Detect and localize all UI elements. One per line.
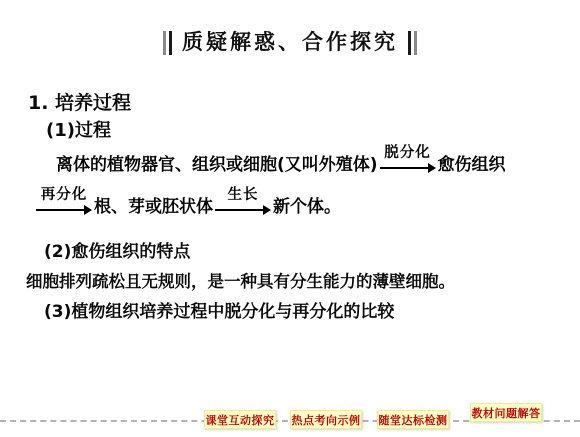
right-arrow-icon — [380, 163, 436, 174]
flow-segment-new-individual: 新个体。 — [273, 198, 341, 218]
slide: 质疑解惑、合作探究 1. 培养过程 (1)过程 离体的植物器官、组织或细胞(又叫… — [0, 0, 580, 437]
flow-segment-explant: 离体的植物器官、组织或细胞(又叫外殖体) — [56, 156, 378, 176]
flow-diagram-line2: 再分化 根、芽或胚状体 生长 新个体。 — [34, 188, 341, 218]
nav-button-classroom-exploration[interactable]: 课堂互动探究 — [204, 410, 276, 429]
flow-segment-organs: 根、芽或胚状体 — [94, 198, 213, 218]
flow-arrow-redifferentiation: 再分化 — [36, 188, 92, 216]
subheading-comparison: (3)植物组织培养过程中脱分化与再分化的比较 — [44, 297, 394, 322]
title-right-bars-icon — [408, 31, 417, 55]
nav-button-standard-test[interactable]: 随堂达标检测 — [377, 410, 449, 429]
section-heading: 1. 培养过程 — [28, 88, 131, 115]
right-arrow-icon — [36, 205, 92, 216]
subheading-process: (1)过程 — [46, 116, 111, 142]
nav-button-hotspot-examples[interactable]: 热点考向示例 — [290, 410, 362, 429]
flow-diagram-line1: 离体的植物器官、组织或细胞(又叫外殖体) 脱分化 愈伤组织 — [56, 146, 506, 176]
arrow-label-growth: 生长 — [228, 188, 259, 204]
flow-segment-callus: 愈伤组织 — [438, 156, 506, 176]
nav-button-textbook-answers[interactable]: 教材问题解答 — [470, 403, 542, 422]
title-left-bars-icon — [163, 31, 172, 55]
callus-features-text: 细胞排列疏松且无规则，是一种具有分生能力的薄壁细胞。 — [26, 268, 455, 292]
arrow-label-redifferentiation: 再分化 — [41, 188, 88, 204]
arrow-label-dedifferentiation: 脱分化 — [384, 146, 431, 162]
page-title: 质疑解惑、合作探究 — [182, 30, 398, 55]
flow-arrow-dedifferentiation: 脱分化 — [380, 146, 436, 174]
slide-title-row: 质疑解惑、合作探究 — [0, 30, 580, 55]
flow-arrow-growth: 生长 — [215, 188, 271, 216]
subheading-callus-features: (2)愈伤组织的特点 — [44, 237, 190, 262]
right-arrow-icon — [215, 205, 271, 216]
